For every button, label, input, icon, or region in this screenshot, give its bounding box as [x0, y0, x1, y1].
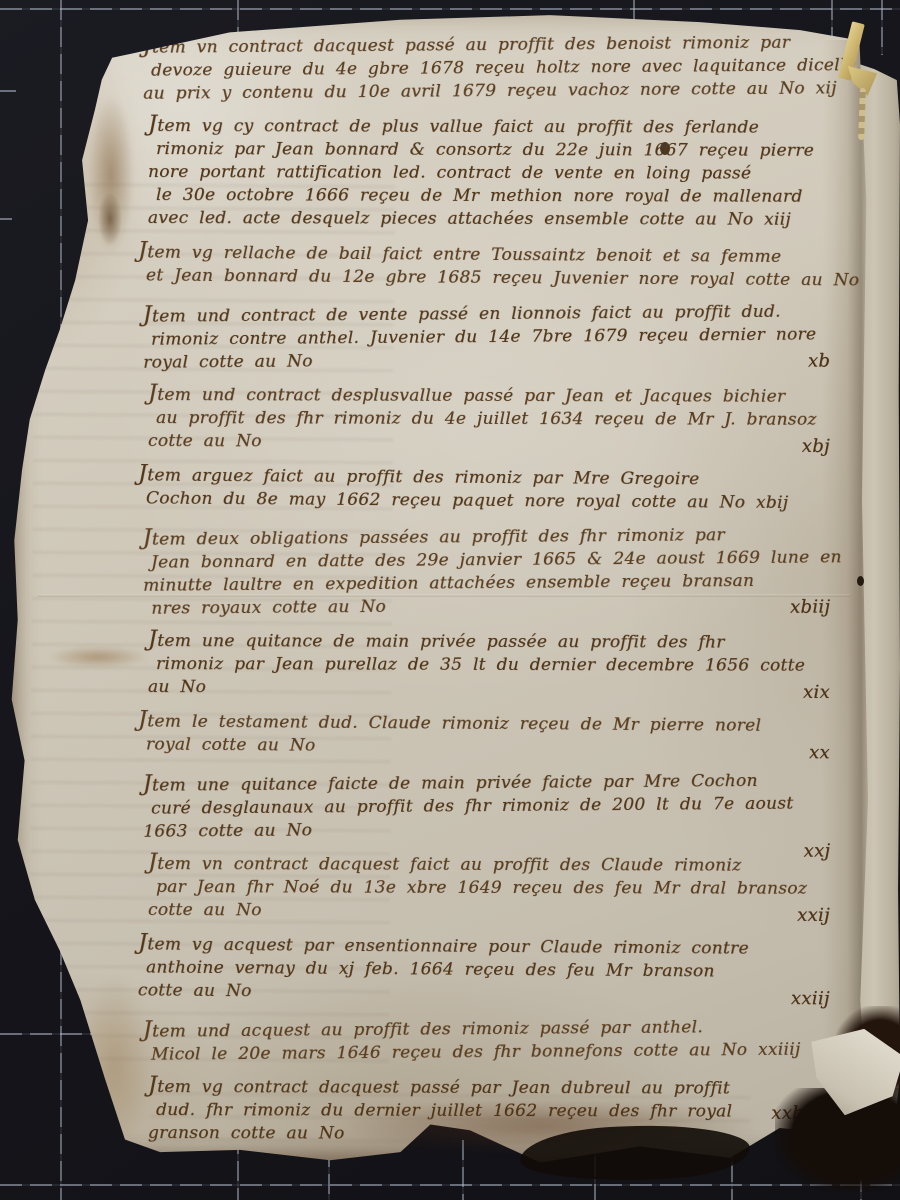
manuscript-entry: Jtem und contract de vente passé en lion… — [138, 298, 865, 375]
manuscript-entry: Jtem vg acquest par ensentionnaire pour … — [138, 931, 864, 1007]
manuscript-line: cotte au No — [148, 430, 864, 455]
manuscript-line: au prix y contenu du 10e avril 1679 reçe… — [143, 77, 864, 106]
manuscript-entry: Jtem le testament dud. Claude rimoniz re… — [138, 708, 864, 761]
manuscript-text: Jtem vn contract dacquest passé au proff… — [138, 32, 864, 1157]
margin-numeral: xbj — [802, 435, 830, 458]
manuscript-line: Jtem vg contract dacquest passé par Jean… — [148, 1074, 864, 1101]
margin-numeral: xxij — [797, 904, 830, 927]
manuscript-line: cotte au No — [138, 979, 864, 1007]
manuscript-line: cotte au No — [148, 899, 864, 924]
manuscript-line: par Jean fhr Noé du 13e xbre 1649 reçeu … — [156, 876, 864, 901]
manuscript-line: Jtem und contract desplusvallue passé pa… — [148, 382, 864, 409]
manuscript-entry: Jtem vn contract dacquest faict au proff… — [138, 851, 864, 924]
manuscript-entry: Jtem une quitance de main privée passée … — [138, 628, 864, 701]
manuscript-photo: Jtem vn contract dacquest passé au proff… — [0, 0, 900, 1200]
manuscript-line: Cochon du 8e may 1662 reçeu paquet nore … — [146, 488, 864, 516]
manuscript-entry: Jtem une quitance faicte de main privée … — [138, 767, 865, 844]
manuscript-entry: Jtem vg rellache de bail faict entre Tou… — [138, 239, 864, 292]
manuscript-line: avec led. acte desquelz pieces attachées… — [148, 207, 864, 232]
margin-numeral: xbiij — [790, 595, 830, 618]
manuscript-page: Jtem vn contract dacquest passé au proff… — [10, 14, 868, 1166]
manuscript-line: royal cotte au No — [143, 346, 864, 375]
margin-numeral: xix — [803, 681, 830, 704]
grid-line — [0, 1033, 100, 1035]
manuscript-entry: Jtem vg cy contract de plus vallue faict… — [138, 113, 864, 232]
grid-line — [0, 218, 12, 220]
manuscript-line: et Jean bonnard du 12e gbre 1685 reçeu J… — [146, 265, 864, 293]
margin-numeral: xx — [809, 741, 830, 764]
grid-line — [0, 8, 900, 10]
manuscript-entry: Jtem und acquest au proffit des rimoniz … — [138, 1013, 864, 1067]
manuscript-line: Jtem une quitance de main privée passée … — [148, 628, 864, 655]
manuscript-entry: Jtem arguez faict au proffit des rimoniz… — [138, 462, 864, 515]
manuscript-line: le 30e octobre 1666 reçeu de Mr methion … — [156, 184, 864, 209]
binding-stitch — [857, 576, 864, 586]
manuscript-line: Micol le 20e mars 1646 reçeu des fhr bon… — [151, 1038, 864, 1067]
manuscript-line: au proffit des fhr rimoniz du 4e juillet… — [156, 407, 864, 432]
manuscript-line: rimoniz par Jean purellaz de 35 lt du de… — [156, 653, 864, 678]
manuscript-entry: Jtem und contract desplusvallue passé pa… — [138, 382, 864, 455]
grid-line — [881, 0, 883, 55]
manuscript-entry: Jtem deux obligations passées au proffit… — [138, 521, 865, 621]
manuscript-line: Jtem vg cy contract de plus vallue faict… — [148, 113, 864, 140]
manuscript-line: nres royaux cotte au No — [151, 592, 864, 621]
manuscript-line: rimoniz par Jean bonnard & consortz du 2… — [156, 138, 864, 163]
manuscript-line: 1663 cotte au No — [143, 815, 864, 844]
grid-line — [0, 1184, 900, 1186]
manuscript-line: royal cotte au No — [146, 734, 864, 762]
manuscript-line: Jtem vn contract dacquest faict au proff… — [148, 851, 864, 878]
grid-line — [0, 90, 16, 92]
margin-numeral: xxiij — [791, 987, 830, 1010]
manuscript-entry: Jtem vn contract dacquest passé au proff… — [138, 29, 865, 106]
manuscript-line: au No — [148, 676, 864, 701]
manuscript-line: nore portant rattification led. contract… — [148, 161, 864, 186]
margin-numeral: xb — [808, 349, 830, 372]
